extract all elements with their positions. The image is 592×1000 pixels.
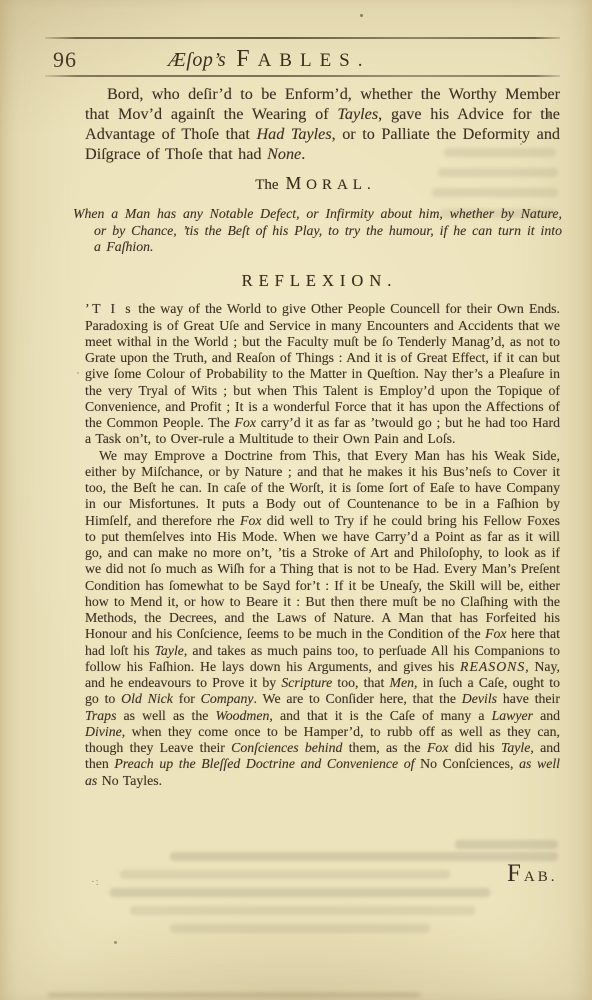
paper-speck — [547, 113, 550, 118]
moral-heading: TheMORAL. — [85, 173, 546, 194]
text-block: Bord, who deſir’d to be Enform’d, whethe… — [85, 84, 560, 789]
showthrough-ghost-line — [110, 888, 490, 897]
catchword: FAB. — [507, 860, 558, 888]
reflexion-paragraph-1: ’T I s the way of the World to give Othe… — [85, 301, 560, 447]
paper-speck — [360, 14, 363, 17]
showthrough-ghost-line — [455, 840, 558, 849]
book-page: 96 Æſop’sFABLES. Bord, who deſir’d to be… — [0, 0, 592, 1000]
showthrough-ghost-line — [130, 906, 475, 915]
moral-paragraph: When a Man has any Notable Defect, or In… — [73, 206, 562, 255]
header-rule-under — [45, 75, 560, 77]
paper-speck — [520, 143, 522, 145]
reflexion-paragraph-2: We may Emprove a Doctrine from This, tha… — [85, 448, 560, 789]
showthrough-ghost-line — [120, 870, 450, 879]
running-title-author: Æſop’s — [168, 49, 226, 71]
header-rule-top — [45, 37, 560, 39]
press-mark: ·: — [91, 876, 100, 888]
catchword-text: FAB. — [507, 860, 558, 888]
page-number: 96 — [53, 47, 77, 73]
showthrough-ghost-line — [170, 924, 430, 933]
paper-speck — [114, 941, 117, 944]
reflexion-heading: REFLEXION. — [85, 271, 554, 291]
moral-heading-the: The — [255, 177, 278, 193]
running-title: Æſop’sFABLES. — [168, 46, 371, 73]
running-title-caps: FABLES. — [236, 46, 370, 73]
showthrough-ghost-line — [170, 852, 558, 861]
paper-speck — [77, 372, 79, 374]
bottom-edge-shadow — [48, 993, 420, 997]
moral-heading-caps: MORAL. — [286, 173, 376, 194]
intro-paragraph: Bord, who deſir’d to be Enform’d, whethe… — [85, 84, 560, 164]
